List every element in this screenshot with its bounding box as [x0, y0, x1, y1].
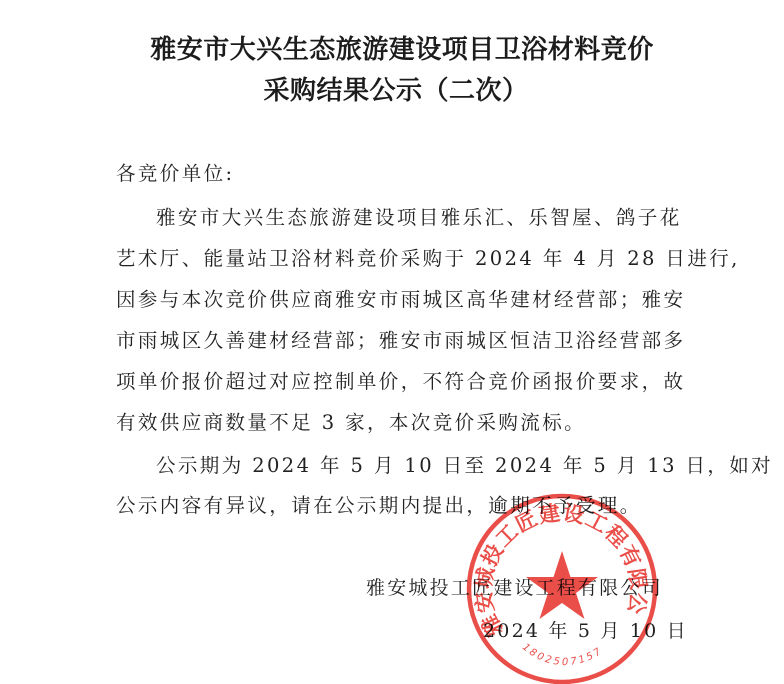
document-page: 雅安市大兴生态旅游建设项目卫浴材料竞价 采购结果公示（二次） 各竞价单位: 雅安…: [0, 0, 784, 684]
paragraph-line: 公示期为 2024 年 5 月 10 日至 2024 年 5 月 13 日，如对: [156, 450, 680, 478]
document-title-line-2: 采购结果公示（二次）: [4, 70, 784, 107]
paragraph-line: 市雨城区久善建材经营部；雅安市雨城区恒洁卫浴经营部多: [116, 325, 680, 353]
document-title-line-1: 雅安市大兴生态旅游建设项目卫浴材料竞价: [10, 29, 784, 66]
paragraph-line: 项单价报价超过对应控制单价，不符合竞价函报价要求，故: [116, 366, 680, 394]
signature-date: 2024 年 5 月 10 日: [483, 616, 688, 643]
paragraph-line: 雅安市大兴生态旅游建设项目雅乐汇、乐智屋、鸽子花: [156, 202, 680, 230]
seal-number: 1802507157: [520, 642, 605, 668]
paragraph-line: 有效供应商数量不足 3 家，本次竞价采购流标。: [116, 411, 586, 434]
signature-company: 雅安城投工匠建设工程有限公司: [366, 573, 663, 600]
paragraph-line: 因参与本次竞价供应商雅安市雨城区高华建材经营部；雅安: [116, 284, 680, 312]
paragraph-line: 艺术厅、能量站卫浴材料竞价采购于 2024 年 4 月 28 日进行,: [116, 243, 680, 271]
paragraph-line: 公示内容有异议，请在公示期内提出，逾期不予受理。: [116, 494, 642, 517]
svg-text:1802507157: 1802507157: [520, 642, 605, 668]
salutation: 各竞价单位:: [116, 158, 234, 186]
